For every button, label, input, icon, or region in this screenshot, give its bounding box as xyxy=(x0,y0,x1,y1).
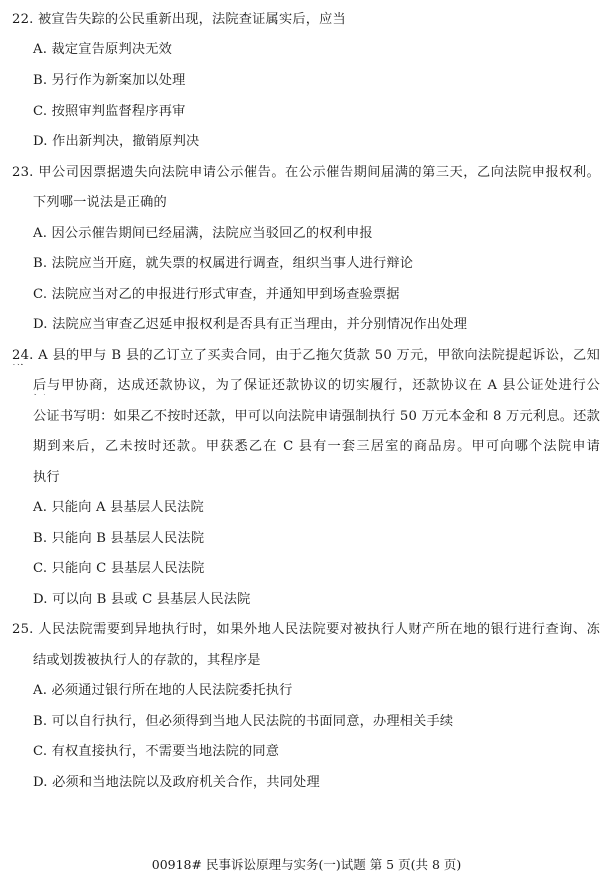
question-23-stem-line-2: 下列哪一说法是正确的 xyxy=(33,195,167,211)
question-25-option-c: C. 有权直接执行，不需要当地法院的同意 xyxy=(33,744,279,760)
question-23-option-c: C. 法院应当对乙的申报进行形式审查，并通知甲到场查验票据 xyxy=(33,287,400,303)
question-24-stem-line-1: 24. A 县的甲与 B 县的乙订立了买卖合同，由于乙拖欠货款 50 万元，甲欲… xyxy=(12,348,600,365)
question-24-stem-line-5: 执行 xyxy=(33,470,60,486)
question-25-stem-line-2: 结或划拨被执行人的存款的，其程序是 xyxy=(33,653,261,669)
question-25-option-a: A. 必须通过银行所在地的人民法院委托执行 xyxy=(33,683,292,699)
question-25-stem-line-1: 25. 人民法院需要到异地执行时，如果外地人民法院要对被执行人财产所在地的银行进… xyxy=(12,622,600,639)
question-25-option-d: D. 必须和当地法院以及政府机关合作，共同处理 xyxy=(33,775,320,791)
question-22-option-c: C. 按照审判监督程序再审 xyxy=(33,104,185,120)
question-23-option-d: D. 法院应当审查乙迟延申报权利是否具有正当理由，并分别情况作出处理 xyxy=(33,317,467,333)
question-25-option-b: B. 可以自行执行，但必须得到当地人民法院的书面同意，办理相关手续 xyxy=(33,714,453,730)
question-24-stem-line-3: 公证书写明：如果乙不按时还款，甲可以向法院申请强制执行 50 万元本金和 8 万… xyxy=(33,409,600,426)
page-footer: 00918# 民事诉讼原理与实务(一)试题 第 5 页(共 8 页) xyxy=(0,857,613,873)
question-24-option-a: A. 只能向 A 县基层人民法院 xyxy=(33,500,204,516)
question-24-option-c: C. 只能向 C 县基层人民法院 xyxy=(33,561,205,577)
question-23-stem-line-1: 23. 甲公司因票据遗失向法院申请公示催告。在公示催告期间届满的第三天，乙向法院… xyxy=(12,165,600,182)
question-22-option-d: D. 作出新判决，撤销原判决 xyxy=(33,134,199,150)
question-24-option-b: B. 只能向 B 县基层人民法院 xyxy=(33,531,204,547)
question-22-option-b: B. 另行作为新案加以处理 xyxy=(33,73,186,89)
question-24-stem-line-4: 期到来后，乙未按时还款。甲获悉乙在 C 县有一套三居室的商品房。甲可向哪个法院申… xyxy=(33,439,600,456)
question-24-option-d: D. 可以向 B 县或 C 县基层人民法院 xyxy=(33,592,250,608)
question-24-stem-line-2: 后与甲协商，达成还款协议，为了保证还款协议的切实履行，还款协议在 A 县公证处进… xyxy=(33,378,600,395)
exam-page: 22. 被宣告失踪的公民重新出现，法院查证属实后，应当 A. 裁定宣告原判决无效… xyxy=(0,0,613,885)
question-23-option-a: A. 因公示催告期间已经届满，法院应当驳回乙的权利申报 xyxy=(33,226,373,242)
question-22-stem: 22. 被宣告失踪的公民重新出现，法院查证属实后，应当 xyxy=(12,12,346,28)
question-22-option-a: A. 裁定宣告原判决无效 xyxy=(33,42,172,58)
question-23-option-b: B. 法院应当开庭，就失票的权属进行调查，组织当事人进行辩论 xyxy=(33,256,413,272)
